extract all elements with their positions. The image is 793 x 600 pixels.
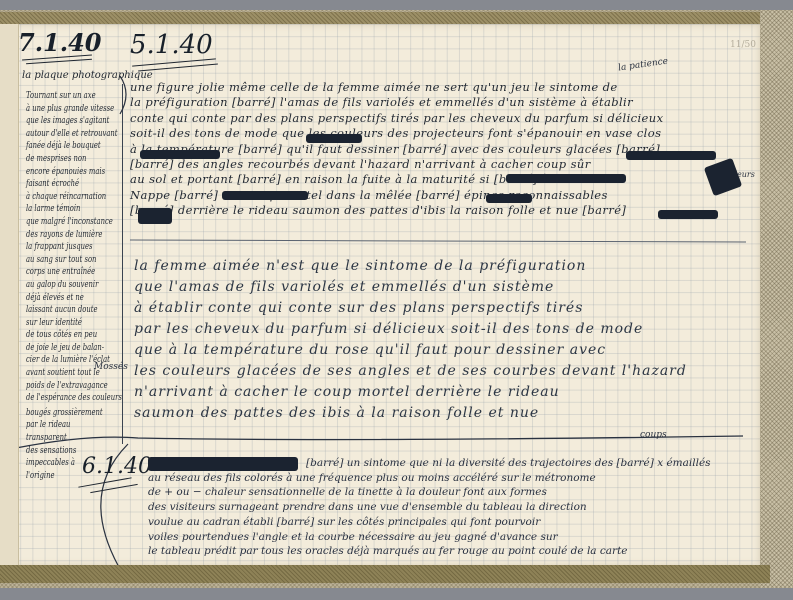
entry2-line: saumon des pattes des ibis à la raison f…	[134, 403, 687, 424]
entry1-line: Nappe [barré] son coup mortel dans la mê…	[130, 188, 663, 203]
crossed-out-text	[658, 210, 718, 219]
crossed-out-text	[222, 191, 308, 200]
binding-bottom	[0, 565, 770, 583]
entry2-line: que l'amas de fils variolés et emmellés …	[134, 277, 687, 298]
page-gutter	[0, 24, 19, 566]
entry2-line: la femme aimée n'est que le sintome de l…	[134, 256, 687, 277]
entry1-line: soit-il des tons de mode que les couleur…	[130, 126, 663, 141]
entry2-line: les couleurs glacées de ses angles et de…	[134, 361, 687, 382]
entry2-text: la femme aimée n'est que le sintome de l…	[134, 256, 687, 424]
entry2-line: à établir conte qui conte sur des plans …	[134, 298, 687, 319]
entry3-text: [barré] un sintome que ni la diversité d…	[148, 456, 711, 559]
entry3-line: [barré] un sintome que ni la diversité d…	[148, 456, 711, 471]
crossed-out-text	[626, 151, 716, 160]
crossed-out-text	[306, 134, 362, 143]
crossed-out-text	[486, 194, 532, 203]
entry1-line: [barré] des angles recourbés devant l'ha…	[130, 157, 663, 172]
pencil-folio-mark: 11/50	[730, 40, 756, 50]
entry2-line: n'arrivant à cacher le coup mortel derri…	[134, 382, 687, 403]
crossed-out-text	[506, 174, 626, 183]
entry1-line: [barré] derrière le rideau saumon des pa…	[130, 203, 663, 218]
entry1-line: la préfiguration [barré] l'amas de fils …	[130, 95, 663, 110]
entry1-line: une figure jolie même celle de la femme …	[130, 80, 663, 95]
entry3-date: 6.1.40	[82, 454, 152, 479]
crossed-out-text	[140, 150, 220, 159]
entry3-annotation: coups	[640, 430, 667, 440]
entry3-line: au réseau des fils colorés à une fréquen…	[148, 471, 711, 486]
crossed-out-text	[138, 208, 172, 224]
entry3-line: voiles pourtendues l'angle et la courbe …	[148, 530, 711, 545]
entry2-line: par les cheveux du parfum si délicieux s…	[134, 319, 687, 340]
entry3-line: de + ou − chaleur sensationnelle de la t…	[148, 485, 711, 500]
entry1-date: 5.1.40	[130, 30, 213, 60]
entry1-line: conte qui conte par des plans perspectif…	[130, 111, 663, 126]
entry2-line: que à la température du rose qu'il faut …	[134, 340, 687, 361]
cover-right-edge	[760, 10, 793, 588]
entry3-line: des visiteurs surnageant prendre dans un…	[148, 500, 711, 515]
entry3-line: voulue au cadran établi [barré] sur les …	[148, 515, 711, 530]
entry3-line: le tableau prédit par tous les oracles d…	[148, 544, 711, 559]
notebook-page: 7.1.40 la plaque photographique Tournant…	[8, 24, 760, 566]
